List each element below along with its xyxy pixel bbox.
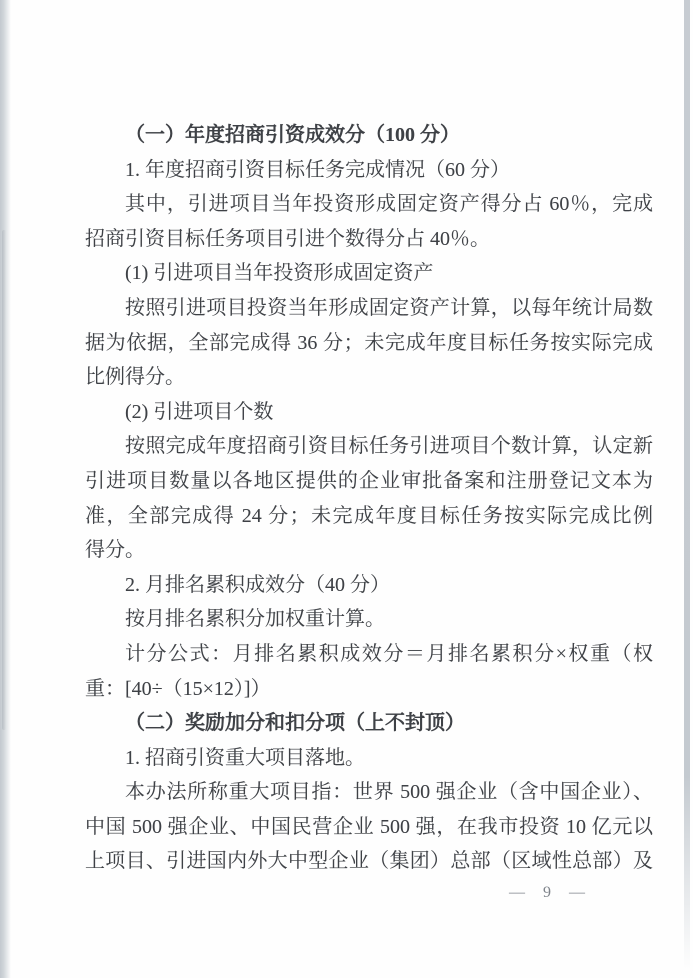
document-body: （一）年度招商引资成效分（100 分）1. 年度招商引资目标任务完成情况（60 …	[85, 118, 653, 879]
text-line: 1. 年度招商引资目标任务完成情况（60 分）	[85, 153, 653, 188]
heading-line: （一）年度招商引资成效分（100 分）	[85, 118, 653, 153]
text-line: 准，全部完成得 24 分；未完成年度目标任务按实际完成比例	[85, 499, 653, 534]
page-left-edge-smudge	[2, 230, 6, 730]
text-line: 据为依据，全部完成得 36 分；未完成年度目标任务按实际完成	[85, 326, 653, 361]
text-line: 按照完成年度招商引资目标任务引进项目个数计算，认定新	[85, 429, 653, 464]
text-line: 招商引资目标任务项目引进个数得分占 40％。	[85, 222, 653, 257]
text-line: 上项目、引进国内外大中型企业（集团）总部（区域性总部）及	[85, 844, 653, 879]
page-right-edge-shadow	[684, 0, 690, 970]
text-line: 重：[40÷（15×12）]）	[85, 672, 653, 707]
text-line: (2) 引进项目个数	[85, 395, 653, 430]
text-line: 比例得分。	[85, 360, 653, 395]
heading-line: （二）奖励加分和扣分项（上不封顶）	[85, 706, 653, 741]
text-line: 本办法所称重大项目指：世界 500 强企业（含中国企业）、	[85, 775, 653, 810]
text-line: 其中，引进项目当年投资形成固定资产得分占 60％，完成	[85, 187, 653, 222]
text-line: 得分。	[85, 533, 653, 568]
text-line: 2. 月排名累积成效分（40 分）	[85, 568, 653, 603]
text-line: 中国 500 强企业、中国民营企业 500 强，在我市投资 10 亿元以	[85, 810, 653, 845]
scanned-document-page: （一）年度招商引资成效分（100 分）1. 年度招商引资目标任务完成情况（60 …	[0, 0, 693, 978]
page-number: — 9 —	[0, 884, 586, 902]
text-line: 1. 招商引资重大项目落地。	[85, 741, 653, 776]
text-line: 按照引进项目投资当年形成固定资产计算，以每年统计局数	[85, 291, 653, 326]
text-line: 引进项目数量以各地区提供的企业审批备案和注册登记文本为	[85, 464, 653, 499]
text-line: 计分公式：月排名累积成效分＝月排名累积分×权重（权	[85, 637, 653, 672]
text-line: (1) 引进项目当年投资形成固定资产	[85, 256, 653, 291]
text-line: 按月排名累积分加权重计算。	[85, 602, 653, 637]
